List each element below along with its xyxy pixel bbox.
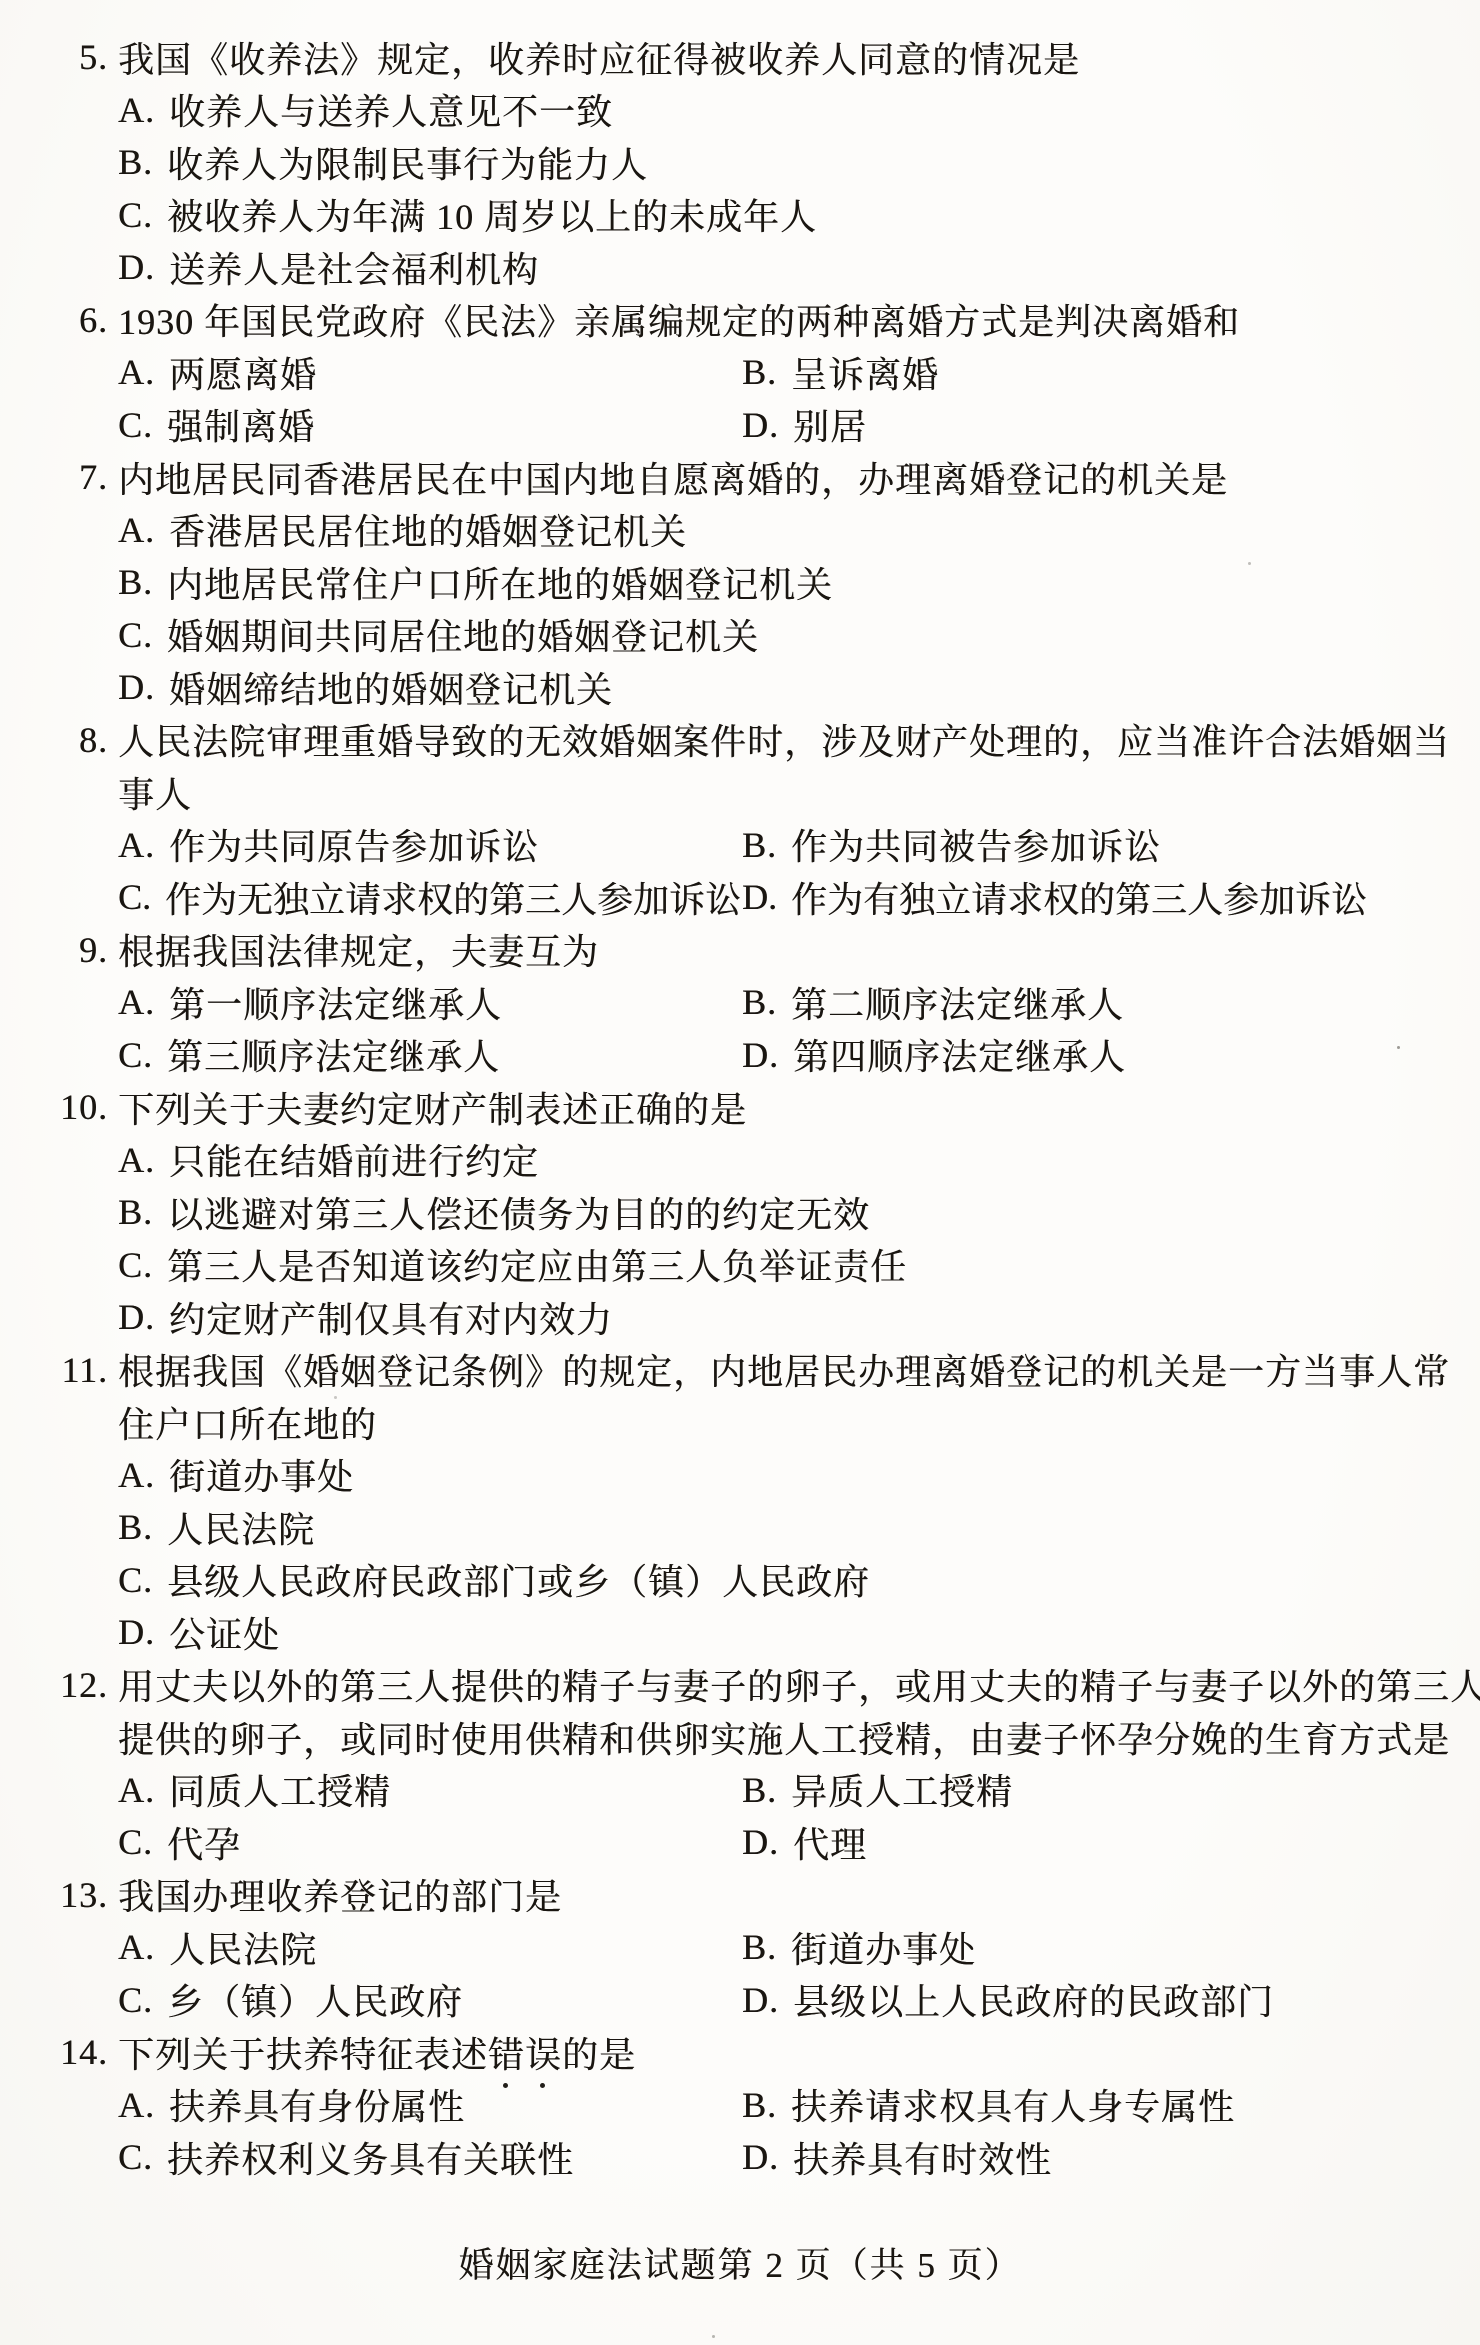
option-label: B. [742,824,777,866]
question-number: 14. [0,2026,108,2079]
option-text: 扶养权利义务具有关联性 [167,2132,574,2183]
option-label: D. [118,666,155,708]
option-row-cd: C. 第三顺序法定继承人 D. 第四顺序法定继承人 [0,1029,1480,1082]
option-text: 婚姻缔结地的婚姻登记机关 [169,662,613,713]
question-8: 8. 人民法院审理重婚导致的无效婚姻案件时，涉及财产处理的，应当准许合法婚姻当 … [0,714,1480,924]
question-7: 7. 内地居民同香港居民在中国内地自愿离婚的，办理离婚登记的机关是 A. 香港居… [0,451,1480,714]
question-text: 人民法院审理重婚导致的无效婚姻案件时，涉及财产处理的，应当准许合法婚姻当 [118,714,1450,765]
question-number: 11. [0,1344,108,1397]
question-head-cont: 住户口所在地的 [0,1396,1480,1449]
question-text: 根据我国《婚姻登记条例》的规定，内地居民办理离婚登记的机关是一方当事人常 [118,1344,1450,1395]
option-label: A. [118,981,155,1023]
option-label: D. [118,1296,155,1338]
question-9: 9. 根据我国法律规定，夫妻互为 A. 第一顺序法定继承人 B. 第二顺序法定继… [0,924,1480,1082]
option-a: A. 同质人工授精 [118,1764,391,1815]
option-c: C. 强制离婚 [118,399,315,450]
exam-body: 5. 我国《收养法》规定，收养时应征得被收养人同意的情况是 A. 收养人与送养人… [0,31,1480,2184]
option-text: 香港居民居住地的婚姻登记机关 [169,504,687,555]
option-d: D. 婚姻缔结地的婚姻登记机关 [0,661,1480,714]
option-label: B. [742,2084,777,2126]
option-row-cd: C. 强制离婚 D. 别居 [0,399,1480,452]
option-label: C. [118,1034,153,1076]
option-text: 两愿离婚 [169,347,317,398]
option-text: 婚姻期间共同居住地的婚姻登记机关 [167,609,759,660]
option-a: A. 收养人与送养人意见不一致 [0,84,1480,137]
option-a: A. 扶养具有身份属性 [118,2079,465,2130]
option-label: C. [118,1559,153,1601]
option-text: 第三人是否知道该约定应由第三人负举证责任 [167,1239,907,1290]
question-text: 用丈夫以外的第三人提供的精子与妻子的卵子，或用丈夫的精子与妻子以外的第三人 [118,1659,1480,1710]
option-text: 内地居民常住户口所在地的婚姻登记机关 [167,557,833,608]
question-text-suffix: 的是 [562,2035,636,2075]
option-d: D. 作为有独立请求权的第三人参加诉讼 [742,871,1367,924]
question-head: 11. 根据我国《婚姻登记条例》的规定，内地居民办理离婚登记的机关是一方当事人常 [0,1344,1480,1397]
option-label: A. [118,509,155,551]
option-d: D. 约定财产制仅具有对内效力 [0,1291,1480,1344]
option-text: 县级以上人民政府的民政部门 [793,1974,1274,2025]
option-b: B. 收养人为限制民事行为能力人 [0,136,1480,189]
option-row-cd: C. 代孕 D. 代理 [0,1816,1480,1869]
question-text: 我国《收养法》规定，收养时应征得被收养人同意的情况是 [118,32,1080,83]
question-number: 9. [0,924,108,977]
question-head: 14. 下列关于扶养特征表述错误的是 [0,2026,1480,2079]
option-c: C. 第三人是否知道该约定应由第三人负举证责任 [0,1239,1480,1292]
scan-speck [334,1396,337,1399]
option-text: 第四顺序法定继承人 [793,1029,1126,1080]
option-row-ab: A. 人民法院 B. 街道办事处 [0,1921,1480,1974]
question-text: 下列关于扶养特征表述错误的是 [118,2027,636,2078]
option-label: A. [118,2084,155,2126]
option-text: 乡（镇）人民政府 [167,1974,463,2025]
option-label: B. [742,981,777,1023]
option-text: 公证处 [169,1607,280,1658]
option-label: B. [742,1769,777,1811]
question-number: 5. [0,31,108,84]
question-13: 13. 我国办理收养登记的部门是 A. 人民法院 B. 街道办事处 C. 乡（镇… [0,1869,1480,2027]
question-number: 6. [0,294,108,347]
question-head-cont: 事人 [0,766,1480,819]
scan-speck [1248,562,1251,565]
option-label: D. [742,876,777,918]
question-head: 8. 人民法院审理重婚导致的无效婚姻案件时，涉及财产处理的，应当准许合法婚姻当 [0,714,1480,767]
option-c: C. 第三顺序法定继承人 [118,1029,500,1080]
option-row-ab: A. 扶养具有身份属性 B. 扶养请求权具有人身专属性 [0,2079,1480,2132]
option-row-ab: A. 作为共同原告参加诉讼 B. 作为共同被告参加诉讼 [0,819,1480,872]
option-c: C. 被收养人为年满 10 周岁以上的未成年人 [0,189,1480,242]
option-label: B. [118,1506,153,1548]
scanned-page: 5. 我国《收养法》规定，收养时应征得被收养人同意的情况是 A. 收养人与送养人… [0,0,1480,2345]
option-text: 以逃避对第三人偿还债务为目的的约定无效 [167,1187,870,1238]
question-11: 11. 根据我国《婚姻登记条例》的规定，内地居民办理离婚登记的机关是一方当事人常… [0,1344,1480,1659]
question-text: 内地居民同香港居民在中国内地自愿离婚的，办理离婚登记的机关是 [118,452,1228,503]
option-label: A. [118,1926,155,1968]
option-b: B. 以逃避对第三人偿还债务为目的的约定无效 [0,1186,1480,1239]
option-label: B. [742,351,777,393]
option-label: C. [118,614,153,656]
option-label: C. [118,1244,153,1286]
question-number: 12. [0,1659,108,1712]
option-b: B. 街道办事处 [742,1921,976,1974]
option-d: D. 县级以上人民政府的民政部门 [742,1974,1274,2027]
option-text: 被收养人为年满 10 周岁以上的未成年人 [167,189,817,240]
option-label: D. [118,1611,155,1653]
option-label: A. [118,89,155,131]
option-b: B. 人民法院 [0,1501,1480,1554]
option-text: 人民法院 [169,1922,317,1973]
option-a: A. 只能在结婚前进行约定 [0,1134,1480,1187]
option-d: D. 扶养具有时效性 [742,2131,1052,2184]
option-b: B. 第二顺序法定继承人 [742,976,1124,1029]
option-text: 第二顺序法定继承人 [791,977,1124,1028]
question-text: 1930 年国民党政府《民法》亲属编规定的两种离婚方式是判决离婚和 [118,294,1240,345]
option-label: C. [118,1821,153,1863]
option-text: 县级人民政府民政部门或乡（镇）人民政府 [167,1554,870,1605]
option-label: D. [118,246,155,288]
question-number: 10. [0,1081,108,1134]
option-text: 作为无独立请求权的第三人参加诉讼 [165,872,741,923]
question-text: 根据我国法律规定，夫妻互为 [118,924,599,975]
question-text: 下列关于夫妻约定财产制表述正确的是 [118,1082,747,1133]
question-6: 6. 1930 年国民党政府《民法》亲属编规定的两种离婚方式是判决离婚和 A. … [0,294,1480,452]
question-10: 10. 下列关于夫妻约定财产制表述正确的是 A. 只能在结婚前进行约定 B. 以… [0,1081,1480,1344]
option-text: 作为共同原告参加诉讼 [169,819,539,870]
option-text: 第三顺序法定继承人 [167,1029,500,1080]
option-text: 第一顺序法定继承人 [169,977,502,1028]
scan-speck [1397,1046,1400,1049]
option-a: A. 街道办事处 [0,1449,1480,1502]
question-number: 7. [0,451,108,504]
option-d: D. 公证处 [0,1606,1480,1659]
question-text: 提供的卵子，或同时使用供精和供卵实施人工授精，由妻子怀孕分娩的生育方式是 [118,1712,1450,1763]
option-label: C. [118,2136,153,2178]
option-label: A. [118,1454,155,1496]
option-text: 同质人工授精 [169,1764,391,1815]
option-label: C. [118,876,151,918]
option-b: B. 扶养请求权具有人身专属性 [742,2079,1235,2132]
option-text: 街道办事处 [169,1449,354,1500]
option-text: 人民法院 [167,1502,315,1553]
option-row-ab: A. 第一顺序法定继承人 B. 第二顺序法定继承人 [0,976,1480,1029]
option-text: 别居 [793,399,867,450]
option-label: A. [118,824,155,866]
option-label: A. [118,351,155,393]
question-number: 8. [0,714,108,767]
option-text: 呈诉离婚 [791,347,939,398]
option-label: D. [742,404,779,446]
page-footer: 婚姻家庭法试题第 2 页（共 5 页） [0,2238,1480,2288]
option-label: B. [742,1926,777,1968]
question-head: 13. 我国办理收养登记的部门是 [0,1869,1480,1922]
question-head: 9. 根据我国法律规定，夫妻互为 [0,924,1480,977]
option-text: 作为有独立请求权的第三人参加诉讼 [791,872,1367,923]
question-head: 12. 用丈夫以外的第三人提供的精子与妻子的卵子，或用丈夫的精子与妻子以外的第三… [0,1659,1480,1712]
question-head-cont: 提供的卵子，或同时使用供精和供卵实施人工授精，由妻子怀孕分娩的生育方式是 [0,1711,1480,1764]
option-text: 街道办事处 [791,1922,976,1973]
option-b: B. 异质人工授精 [742,1764,1013,1817]
option-text: 收养人为限制民事行为能力人 [167,137,648,188]
option-row-ab: A. 两愿离婚 B. 呈诉离婚 [0,346,1480,399]
option-label: B. [118,1191,153,1233]
option-d: D. 代理 [742,1816,867,1869]
option-label: D. [742,1034,779,1076]
question-14: 14. 下列关于扶养特征表述错误的是 A. 扶养具有身份属性 B. 扶养请求权具… [0,2026,1480,2184]
option-row-cd: C. 乡（镇）人民政府 D. 县级以上人民政府的民政部门 [0,1974,1480,2027]
option-row-cd: C. 作为无独立请求权的第三人参加诉讼 D. 作为有独立请求权的第三人参加诉讼 [0,871,1480,924]
option-row-cd: C. 扶养权利义务具有关联性 D. 扶养具有时效性 [0,2131,1480,2184]
option-c: C. 县级人民政府民政部门或乡（镇）人民政府 [0,1554,1480,1607]
option-c: C. 作为无独立请求权的第三人参加诉讼 [118,872,741,923]
option-text: 异质人工授精 [791,1764,1013,1815]
question-head: 6. 1930 年国民党政府《民法》亲属编规定的两种离婚方式是判决离婚和 [0,294,1480,347]
option-a: A. 两愿离婚 [118,347,317,398]
option-label: A. [118,1139,155,1181]
option-b: B. 作为共同被告参加诉讼 [742,819,1161,872]
option-text: 代理 [793,1817,867,1868]
option-text: 约定财产制仅具有对内效力 [169,1292,613,1343]
question-head: 7. 内地居民同香港居民在中国内地自愿离婚的，办理离婚登记的机关是 [0,451,1480,504]
option-label: D. [742,1821,779,1863]
option-d: D. 第四顺序法定继承人 [742,1029,1126,1082]
option-c: C. 扶养权利义务具有关联性 [118,2132,574,2183]
emphasized-word: 错误 [488,2035,562,2075]
question-head: 5. 我国《收养法》规定，收养时应征得被收养人同意的情况是 [0,31,1480,84]
option-label: C. [118,404,153,446]
option-label: D. [742,1979,779,2021]
question-5: 5. 我国《收养法》规定，收养时应征得被收养人同意的情况是 A. 收养人与送养人… [0,31,1480,294]
scan-speck [712,2335,715,2338]
option-label: B. [118,141,153,183]
question-head: 10. 下列关于夫妻约定财产制表述正确的是 [0,1081,1480,1134]
option-d: D. 送养人是社会福利机构 [0,241,1480,294]
option-c: C. 婚姻期间共同居住地的婚姻登记机关 [0,609,1480,662]
option-label: B. [118,561,153,603]
scan-speck [893,1049,897,1053]
option-text: 送养人是社会福利机构 [169,242,539,293]
option-row-ab: A. 同质人工授精 B. 异质人工授精 [0,1764,1480,1817]
option-label: A. [118,1769,155,1811]
question-number: 13. [0,1869,108,1922]
question-text: 事人 [118,767,192,818]
question-text-prefix: 下列关于扶养特征表述 [118,2035,488,2075]
question-text: 我国办理收养登记的部门是 [118,1869,562,1920]
option-text: 收养人与送养人意见不一致 [169,84,613,135]
option-text: 扶养请求权具有人身专属性 [791,2079,1235,2130]
option-text: 扶养具有时效性 [793,2132,1052,2183]
option-c: C. 代孕 [118,1817,241,1868]
question-12: 12. 用丈夫以外的第三人提供的精子与妻子的卵子，或用丈夫的精子与妻子以外的第三… [0,1659,1480,1869]
option-label: C. [118,194,153,236]
question-text: 住户口所在地的 [118,1397,377,1448]
option-a: A. 第一顺序法定继承人 [118,977,502,1028]
option-text: 只能在结婚前进行约定 [169,1134,539,1185]
option-b: B. 内地居民常住户口所在地的婚姻登记机关 [0,556,1480,609]
option-a: A. 人民法院 [118,1922,317,1973]
option-label: D. [742,2136,779,2178]
option-text: 扶养具有身份属性 [169,2079,465,2130]
option-text: 强制离婚 [167,399,315,450]
option-d: D. 别居 [742,399,867,452]
option-text: 作为共同被告参加诉讼 [791,819,1161,870]
option-b: B. 呈诉离婚 [742,346,939,399]
option-a: A. 香港居民居住地的婚姻登记机关 [0,504,1480,557]
option-text: 代孕 [167,1817,241,1868]
option-c: C. 乡（镇）人民政府 [118,1974,463,2025]
option-a: A. 作为共同原告参加诉讼 [118,819,539,870]
option-label: C. [118,1979,153,2021]
